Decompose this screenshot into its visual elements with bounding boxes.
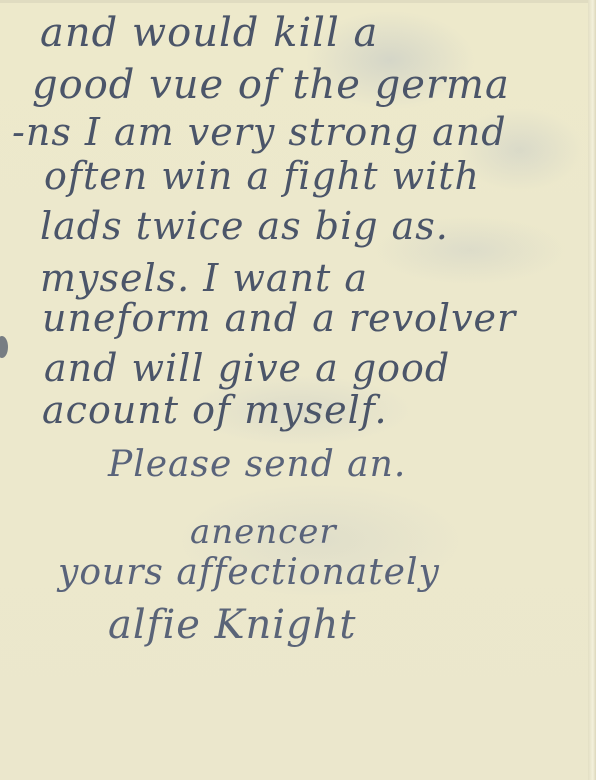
letter-line-7: uneform and a revolver: [42, 296, 516, 340]
letter-line-3: -ns I am very strong and: [12, 110, 507, 154]
letter-line-2: good vue of the germa: [32, 62, 510, 108]
ink-blot: [0, 336, 8, 358]
letter-line-5: lads twice as big as.: [40, 204, 449, 248]
closing-request: Please send an.: [108, 444, 406, 485]
signature: alfie Knight: [108, 602, 357, 648]
letter-line-9: acount of myself.: [42, 388, 388, 432]
paper-right-edge: [588, 0, 596, 780]
letter-line-1: and would kill a: [40, 10, 378, 56]
closing-request-continued: anencer: [190, 512, 337, 552]
paper-top-edge: [0, 0, 596, 3]
letter-line-8: and will give a good: [44, 346, 450, 390]
letter-page: and would kill a good vue of the germa -…: [0, 0, 596, 780]
letter-line-4: often win a fight with: [44, 154, 480, 198]
letter-line-6: mysels. I want a: [40, 256, 368, 300]
valediction: yours affectionately: [58, 552, 440, 593]
